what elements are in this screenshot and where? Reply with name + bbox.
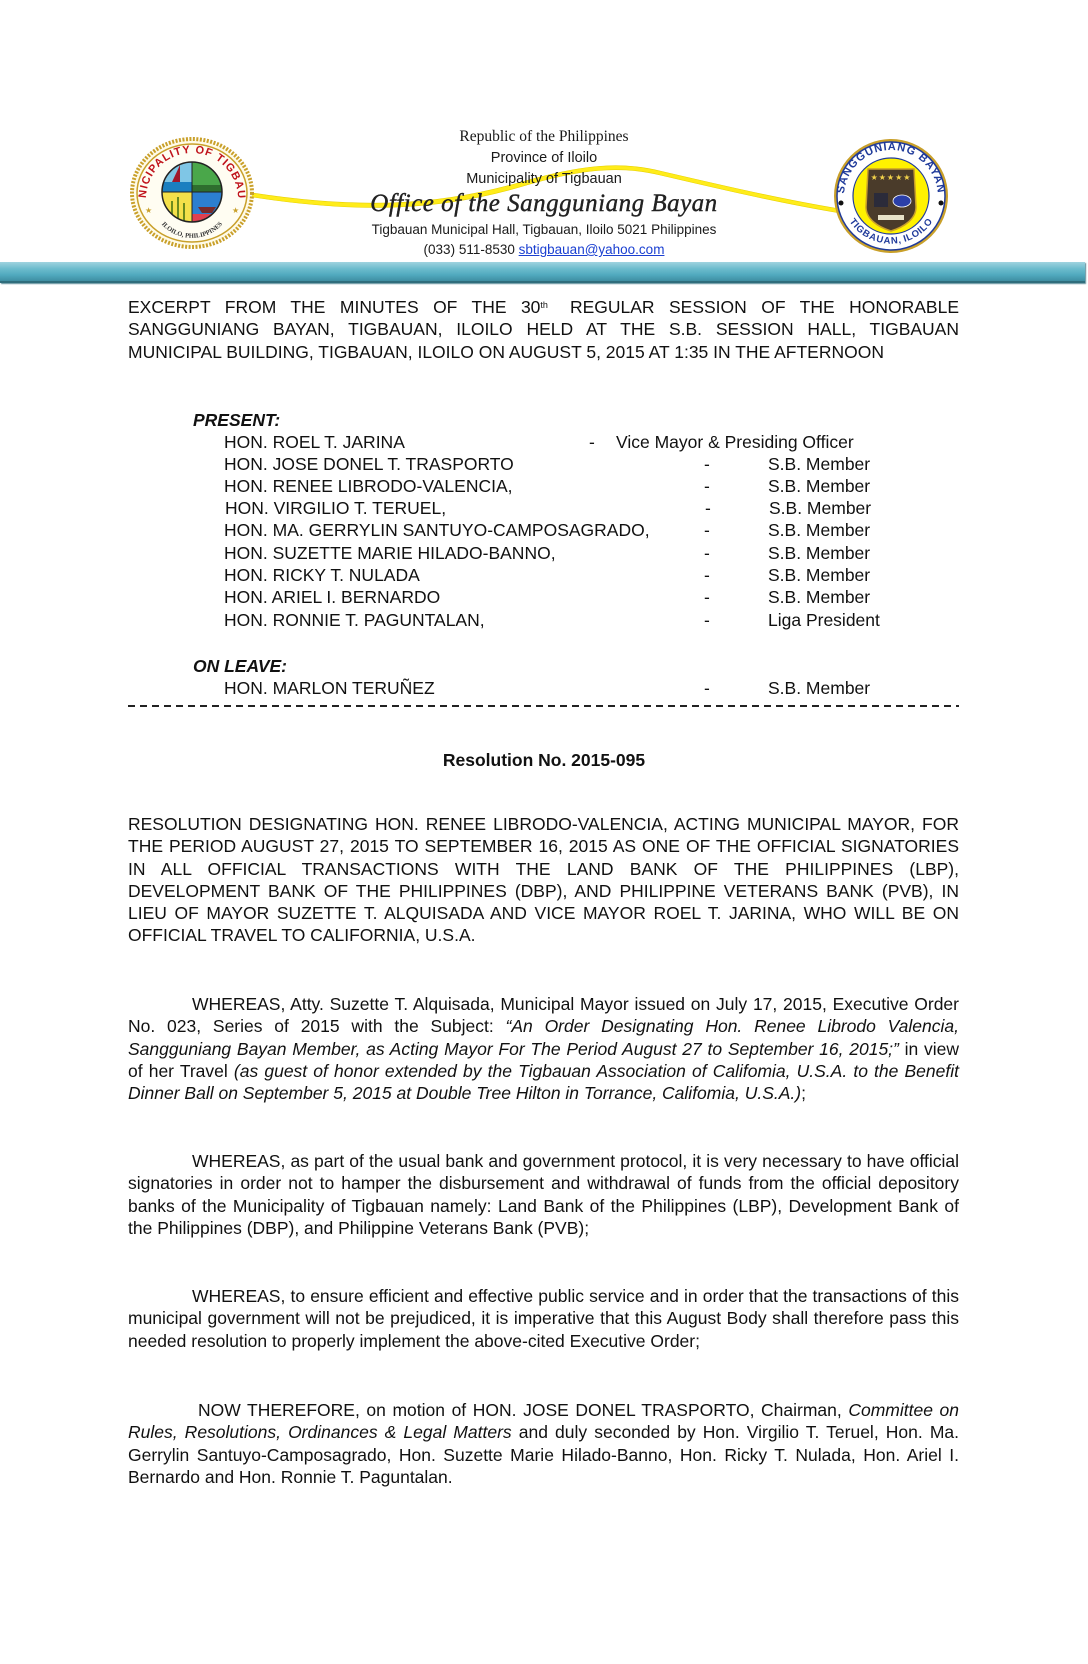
attendance-row: HON. RICKY T. NULADA - S.B. Member <box>224 565 904 587</box>
separator-dash: - <box>704 565 710 586</box>
member-role: S.B. Member <box>768 565 870 586</box>
member-role: S.B. Member <box>768 678 870 699</box>
member-role: S.B. Member <box>768 520 870 541</box>
member-name: HON. RICKY T. NULADA <box>224 565 420 586</box>
attendance-row: HON. SUZETTE MARIE HILADO-BANNO, - S.B. … <box>224 543 904 565</box>
member-name: HON. VIRGILIO T. TERUEL, <box>225 498 446 519</box>
separator-dash: - <box>704 520 710 541</box>
separator-dash: - <box>704 587 710 608</box>
on-leave-heading: ON LEAVE: <box>193 656 287 677</box>
attendance-row: HON. MA. GERRYLIN SANTUYO-CAMPOSAGRADO, … <box>224 520 904 542</box>
email-link[interactable]: sbtigbauan@yahoo.com <box>519 242 665 257</box>
sangguniang-bayan-seal-logo: SANGGUNIANG BAYAN TIGBAUAN, ILOILO ★★★★★ <box>828 137 954 255</box>
whereas-1-tail: ; <box>801 1083 806 1103</box>
intro-text-pre: EXCERPT FROM THE MINUTES OF THE 30 <box>128 297 540 317</box>
member-name: HON. MA. GERRYLIN SANTUYO-CAMPOSAGRADO, <box>224 520 650 541</box>
travel-details: (as guest of honor extended by the Tigba… <box>128 1061 959 1103</box>
separator-dash: - <box>705 498 711 519</box>
separator-dash: - <box>704 476 710 497</box>
member-role: S.B. Member <box>768 543 870 564</box>
now-therefore-clause: NOW THEREFORE, on motion of HON. JOSE DO… <box>128 1399 959 1488</box>
dashed-separator <box>128 705 959 707</box>
separator-dash: - <box>704 610 710 631</box>
member-role: Liga President <box>768 610 880 631</box>
member-role: S.B. Member <box>768 587 870 608</box>
attendance-row: HON. RONNIE T. PAGUNTALAN, - Liga Presid… <box>224 610 904 632</box>
attendance-row: HON. ARIEL I. BERNARDO - S.B. Member <box>224 587 904 609</box>
member-role: S.B. Member <box>769 498 871 519</box>
member-name: HON. JOSE DONEL T. TRASPORTO <box>224 454 514 475</box>
member-name: HON. SUZETTE MARIE HILADO-BANNO, <box>224 543 556 564</box>
whereas-clause-1: WHEREAS, Atty. Suzette T. Alquisada, Mun… <box>128 993 959 1104</box>
whereas-clause-2: WHEREAS, as part of the usual bank and g… <box>128 1150 959 1239</box>
separator-dash: - <box>704 543 710 564</box>
member-name: HON. RENEE LIBRODO-VALENCIA, <box>224 476 513 497</box>
separator-dash: - <box>704 678 710 699</box>
letterhead-divider-bar <box>0 262 1085 283</box>
whereas-clause-3: WHEREAS, to ensure efficient and effecti… <box>128 1285 959 1352</box>
phone-number: (033) 511-8530 <box>424 242 515 257</box>
ordinal-suffix: th <box>540 300 548 310</box>
resolution-title: RESOLUTION DESIGNATING HON. RENEE LIBROD… <box>128 813 959 947</box>
now-therefore-lead: NOW THEREFORE, on motion of HON. JOSE DO… <box>198 1400 848 1420</box>
attendance-row: HON. RENEE LIBRODO-VALENCIA, - S.B. Memb… <box>224 476 904 498</box>
member-name: HON. MARLON TERUÑEZ <box>224 678 435 699</box>
attendance-row: HON. ROEL T. JARINA - Vice Mayor & Presi… <box>224 432 904 454</box>
attendance-row: HON. JOSE DONEL T. TRASPORTO - S.B. Memb… <box>224 454 904 476</box>
attendance-row: HON. VIRGILIO T. TERUEL, - S.B. Member <box>225 498 905 520</box>
present-heading: PRESENT: <box>193 410 280 431</box>
separator-dash: - <box>589 432 595 453</box>
member-name: HON. ROEL T. JARINA <box>224 432 405 453</box>
resolution-number: Resolution No. 2015-095 <box>0 750 1088 771</box>
member-name: HON. RONNIE T. PAGUNTALAN, <box>224 610 485 631</box>
separator-dash: - <box>704 454 710 475</box>
member-name: HON. ARIEL I. BERNARDO <box>224 587 440 608</box>
member-role: S.B. Member <box>768 476 870 497</box>
member-role: S.B. Member <box>768 454 870 475</box>
svg-text:★★★★★: ★★★★★ <box>871 173 912 182</box>
attendance-row: HON. MARLON TERUÑEZ - S.B. Member <box>224 678 904 700</box>
member-role: Vice Mayor & Presiding Officer <box>616 432 854 453</box>
minutes-excerpt-heading: EXCERPT FROM THE MINUTES OF THE 30thREGU… <box>128 296 959 363</box>
